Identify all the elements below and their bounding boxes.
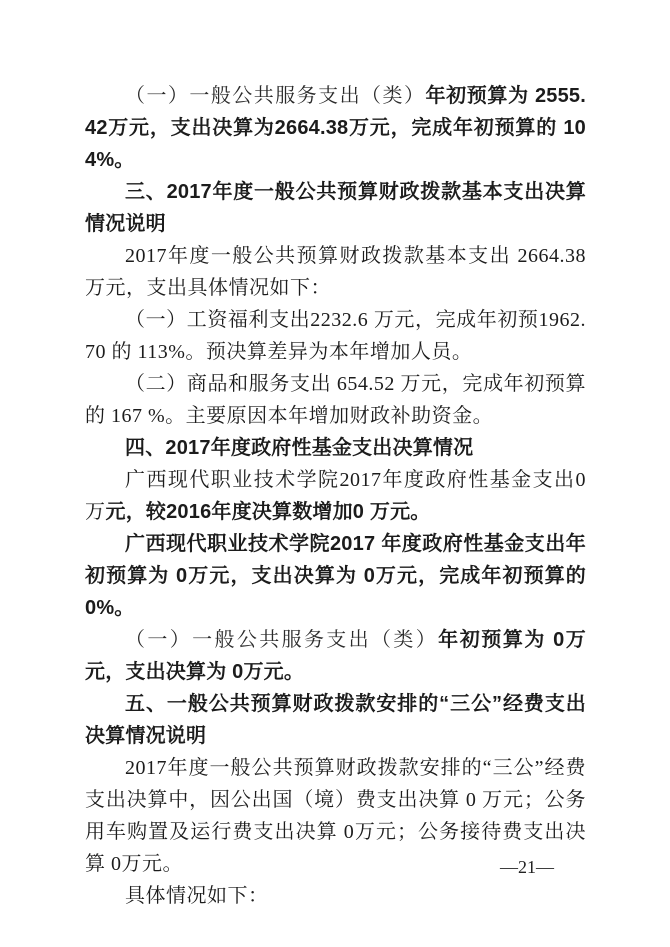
text-run: （二）商品和服务支出 654.52 万元，完成年初预算的 167 %。主要原因本… xyxy=(85,373,586,427)
paragraph: （一）一般公共服务支出（类）年初预算为 2555.42万元，支出决算为2664.… xyxy=(85,80,586,176)
section-heading: 五、一般公共预算财政拨款安排的“三公”经费支出决算情况说明 xyxy=(85,688,586,752)
document-page: （一）一般公共服务支出（类）年初预算为 2555.42万元，支出决算为2664.… xyxy=(0,0,670,947)
text-run: 五、一般公共预算财政拨款安排的“三公”经费支出决算情况说明 xyxy=(85,693,586,747)
text-run: 2017年度一般公共预算财政拨款基本支出 2664.38万元，支出具体情况如下： xyxy=(85,245,586,299)
text-run: （一）一般公共服务支出（类） xyxy=(125,85,425,107)
paragraph: 广西现代职业技术学院2017年度政府性基金支出0万元，较2016年度决算数增加0… xyxy=(85,464,586,528)
text-run: （一）一般公共服务支出（类） xyxy=(125,629,438,651)
text-run: 元，较2016年度决算数增加0 万元。 xyxy=(106,501,431,523)
paragraph: （一）工资福利支出2232.6 万元，完成年初预1962.70 的 113%。预… xyxy=(85,304,586,368)
text-run: 四、2017年度政府性基金支出决算情况 xyxy=(125,437,473,459)
paragraph: （二）商品和服务支出 654.52 万元，完成年初预算的 167 %。主要原因本… xyxy=(85,368,586,432)
page-number: —21— xyxy=(500,856,554,878)
paragraph: （一）一般公共服务支出（类）年初预算为 0万元，支出决算为 0万元。 xyxy=(85,624,586,688)
text-run: （一）工资福利支出2232.6 万元，完成年初预1962.70 的 113%。预… xyxy=(85,309,586,363)
section-heading: 四、2017年度政府性基金支出决算情况 xyxy=(85,432,586,464)
paragraph: 具体情况如下： xyxy=(85,880,586,912)
text-run: 广西现代职业技术学院2017 年度政府性基金支出年初预算为 0万元，支出决算为 … xyxy=(85,533,586,619)
text-run: 具体情况如下： xyxy=(125,885,269,907)
document-body: （一）一般公共服务支出（类）年初预算为 2555.42万元，支出决算为2664.… xyxy=(85,80,586,912)
text-run: 三、2017年度一般公共预算财政拨款基本支出决算情况说明 xyxy=(85,181,586,235)
paragraph: 2017年度一般公共预算财政拨款基本支出 2664.38万元，支出具体情况如下： xyxy=(85,240,586,304)
section-heading: 三、2017年度一般公共预算财政拨款基本支出决算情况说明 xyxy=(85,176,586,240)
paragraph: 广西现代职业技术学院2017 年度政府性基金支出年初预算为 0万元，支出决算为 … xyxy=(85,528,586,624)
